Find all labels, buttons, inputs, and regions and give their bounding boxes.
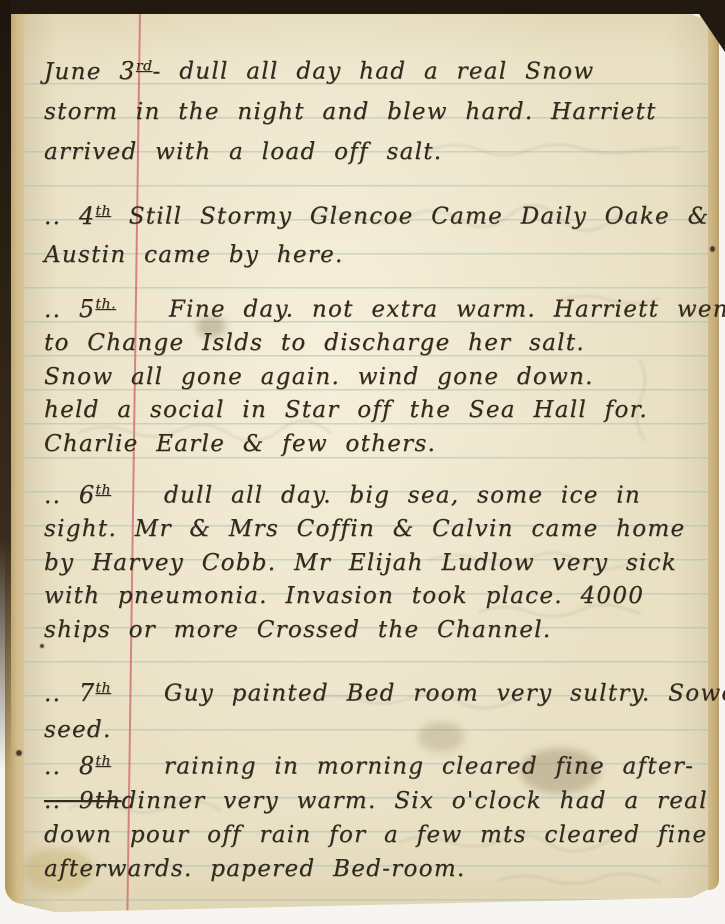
diary-entry-june-5th: .. 5th. Fine day. not extra warm. Harrie… bbox=[44, 288, 715, 461]
handwritten-text: raining in morning cleared fine after- bbox=[129, 754, 695, 780]
handwritten-line: by Harvey Cobb. Mr Elijah Ludlow very si… bbox=[44, 547, 715, 581]
handwritten-line: to Change Islds to discharge her salt. bbox=[44, 327, 715, 361]
handwritten-line: Snow all gone again. wind gone down. bbox=[44, 361, 715, 395]
struck-text: .. bbox=[44, 788, 79, 814]
handwritten-line: .. 7th Guy painted Bed room very sultry.… bbox=[44, 670, 715, 712]
handwritten-text: storm in the night and blew hard. Harrie… bbox=[44, 99, 657, 125]
handwritten-text: Snow all gone again. wind gone down. bbox=[44, 364, 594, 390]
handwritten-text: dull all day. big sea, some ice in bbox=[129, 483, 641, 509]
handwritten-text: dinner very warm. Six o'clock had a real bbox=[121, 788, 707, 814]
diary-page-photo: June 3rd- dull all day had a real Snowst… bbox=[0, 0, 725, 924]
handwritten-line: sight. Mr & Mrs Coffin & Calvin came hom… bbox=[44, 513, 715, 547]
struck-text: 9th bbox=[79, 788, 122, 814]
handwritten-text: to Change Islds to discharge her salt. bbox=[44, 330, 585, 356]
handwritten-line: .. 6th dull all day. big sea, some ice i… bbox=[44, 474, 715, 513]
handwritten-line: Charlie Earle & few others. bbox=[44, 428, 715, 462]
diary-entry-june-4th: .. 4th Still Stormy Glencoe Came Daily O… bbox=[44, 192, 715, 274]
handwriting-layer: June 3rd- dull all day had a real Snowst… bbox=[44, 0, 715, 924]
handwritten-line: afterwards. papered Bed-room. bbox=[44, 852, 715, 886]
entry-date: .. 5th. bbox=[44, 297, 134, 323]
handwritten-text: with pneumonia. Invasion took place. 400… bbox=[44, 583, 644, 609]
handwritten-text: Guy painted Bed room very sultry. Sowed … bbox=[129, 681, 725, 707]
handwritten-text: down pour off rain for a few mts cleared… bbox=[44, 822, 707, 848]
handwritten-text: Austin came by here. bbox=[44, 242, 344, 268]
handwritten-text: held a social in Star off the Sea Hall f… bbox=[44, 397, 648, 423]
handwritten-line: June 3rd- dull all day had a real Snow bbox=[44, 46, 715, 92]
handwritten-text: Fine day. not extra warm. Harriett went- bbox=[134, 297, 725, 323]
diary-entry-june-3rd: June 3rd- dull all day had a real Snowst… bbox=[44, 46, 715, 172]
handwritten-text: afterwards. papered Bed-room. bbox=[44, 856, 466, 882]
handwritten-text: by Harvey Cobb. Mr Elijah Ludlow very si… bbox=[44, 550, 677, 576]
handwritten-line: held a social in Star off the Sea Hall f… bbox=[44, 394, 715, 428]
handwritten-line: arrived with a load off salt. bbox=[44, 132, 715, 172]
handwritten-line: .. 4th Still Stormy Glencoe Came Daily O… bbox=[44, 192, 715, 236]
handwritten-line: seed. bbox=[44, 712, 715, 748]
handwritten-line: .. 5th. Fine day. not extra warm. Harrie… bbox=[44, 288, 715, 327]
diary-entry-june-8th: .. 8th raining in morning cleared fine a… bbox=[44, 744, 715, 886]
handwritten-line: .. 9thdinner very warm. Six o'clock had … bbox=[44, 784, 715, 818]
diary-entry-june-6th: .. 6th dull all day. big sea, some ice i… bbox=[44, 474, 715, 647]
handwritten-text: Still Stormy Glencoe Came Daily Oake & bbox=[129, 204, 710, 230]
handwritten-line: storm in the night and blew hard. Harrie… bbox=[44, 92, 715, 132]
ink-speck bbox=[16, 750, 22, 756]
entry-date: .. 4th bbox=[44, 204, 129, 230]
handwritten-line: ships or more Crossed the Channel. bbox=[44, 614, 715, 648]
handwritten-text: ships or more Crossed the Channel. bbox=[44, 617, 551, 643]
handwritten-line: .. 8th raining in morning cleared fine a… bbox=[44, 744, 715, 784]
handwritten-text: seed. bbox=[44, 717, 112, 743]
handwritten-line: Austin came by here. bbox=[44, 236, 715, 274]
handwritten-line: with pneumonia. Invasion took place. 400… bbox=[44, 580, 715, 614]
handwritten-text: dull all day had a real Snow bbox=[179, 59, 594, 85]
handwritten-text: arrived with a load off salt. bbox=[44, 139, 442, 165]
handwritten-text: Charlie Earle & few others. bbox=[44, 431, 436, 457]
entry-date: .. 7th bbox=[44, 681, 129, 707]
entry-date: .. 6th bbox=[44, 483, 129, 509]
handwritten-text: sight. Mr & Mrs Coffin & Calvin came hom… bbox=[44, 516, 685, 542]
binding-edge-left bbox=[0, 0, 11, 770]
entry-date: June 3rd- bbox=[44, 59, 179, 85]
entry-date: .. 8th bbox=[44, 754, 129, 780]
diary-entry-june-7th: .. 7th Guy painted Bed room very sultry.… bbox=[44, 670, 715, 748]
handwritten-line: down pour off rain for a few mts cleared… bbox=[44, 818, 715, 852]
